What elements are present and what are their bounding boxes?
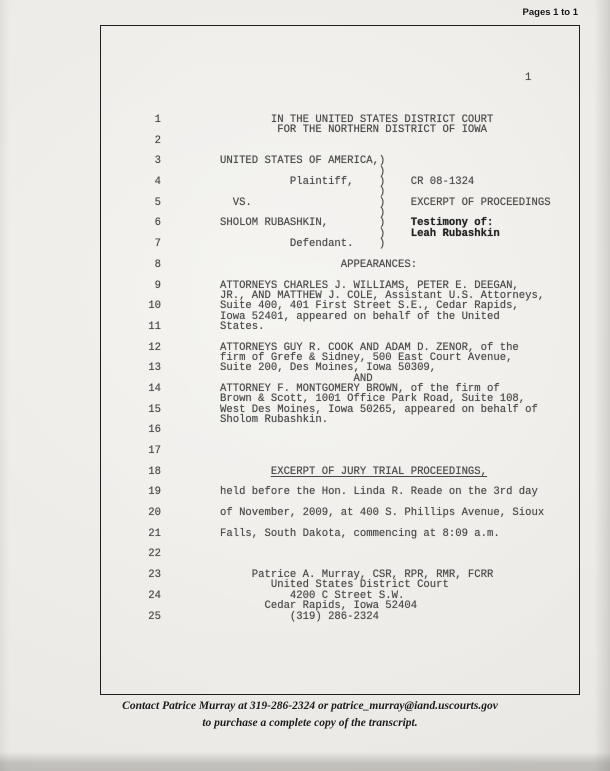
line-number: 21 — [121, 529, 161, 539]
transcript-row: FOR THE NORTHERN DISTRICT OF IOWA — [220, 125, 551, 135]
transcript-row: 7 Defendant. ) — [220, 239, 551, 249]
line-number: 3 — [121, 156, 161, 166]
line-number: 5 — [121, 198, 161, 208]
line-number: 11 — [121, 322, 161, 332]
transcript-row: 25 (319) 286-2324 — [220, 612, 551, 622]
transcript-text: FOR THE NORTHERN DISTRICT OF IOWA — [220, 124, 487, 136]
line-number: 12 — [121, 343, 161, 353]
transcript-row: 8 APPEARANCES: — [220, 260, 551, 270]
transcript-row: 2 — [220, 136, 551, 146]
transcript-text: States. — [220, 321, 265, 333]
transcript-text: (319) 286-2324 — [220, 611, 379, 623]
line-number: 18 — [121, 467, 161, 477]
line-number: 23 — [121, 570, 161, 580]
purchase-notice-line2: to purchase a complete copy of the trans… — [45, 715, 575, 732]
transcript-text: Defendant. ) — [220, 238, 385, 250]
transcript-row: 11States. — [220, 322, 551, 332]
pages-range-label: Pages 1 to 1 — [398, 7, 578, 19]
line-number: 1 — [121, 115, 161, 125]
transcript-text-underlined: EXCERPT OF JURY TRIAL PROCEEDINGS, — [271, 466, 487, 478]
line-number: 8 — [121, 260, 161, 270]
line-number: 4 — [121, 177, 161, 187]
transcript-row: 18 EXCERPT OF JURY TRIAL PROCEEDINGS, — [220, 467, 551, 477]
line-number: 20 — [121, 508, 161, 518]
transcript-row: Iowa 52401, appeared on behalf of the Un… — [220, 312, 551, 322]
transcript-text: APPEARANCES: — [220, 259, 417, 271]
line-number: 22 — [121, 549, 161, 559]
line-number: 2 — [121, 136, 161, 146]
transcript-text: held before the Hon. Linda R. Reade on t… — [220, 486, 538, 498]
transcript-body: 1 IN THE UNITED STATES DISTRICT COURT FO… — [220, 115, 551, 632]
purchase-notice-line1: Contact Patrice Murray at 319-286-2324 o… — [45, 698, 575, 715]
transcript-text-bold: Leah Rubashkin — [411, 228, 500, 240]
transcript-text — [220, 466, 271, 478]
transcript-row — [220, 622, 551, 632]
transcript-text: Falls, South Dakota, commencing at 8:09 … — [220, 528, 500, 540]
line-number: 24 — [121, 591, 161, 601]
transcript-row: Sholom Rubashkin. — [220, 415, 551, 425]
transcript-row: 21Falls, South Dakota, commencing at 8:0… — [220, 529, 551, 539]
transcript-row: 16 — [220, 425, 551, 435]
line-number: 6 — [121, 218, 161, 228]
line-number: 19 — [121, 487, 161, 497]
transcript-row — [220, 436, 551, 446]
transcript-page: 1 1 IN THE UNITED STATES DISTRICT COURT … — [100, 25, 580, 695]
line-number: 10 — [121, 301, 161, 311]
line-number: 13 — [121, 363, 161, 373]
line-number: 15 — [121, 405, 161, 415]
transcript-text: of November, 2009, at 400 S. Phillips Av… — [220, 507, 544, 519]
transcript-row: 20of November, 2009, at 400 S. Phillips … — [220, 508, 551, 518]
line-number: 16 — [121, 425, 161, 435]
transcript-row: 17 — [220, 446, 551, 456]
scanned-transcript-document: Pages 1 to 1 1 1 IN THE UNITED STATES DI… — [0, 0, 610, 771]
transcript-text: Sholom Rubashkin. — [220, 414, 328, 426]
line-number: 14 — [121, 384, 161, 394]
transcript-row: 22 — [220, 549, 551, 559]
transcript-row — [220, 539, 551, 549]
line-number: 9 — [121, 281, 161, 291]
transcript-page-number: 1 — [525, 72, 531, 84]
line-number: 25 — [121, 612, 161, 622]
purchase-notice: Contact Patrice Murray at 319-286-2324 o… — [45, 698, 575, 731]
line-number: 7 — [121, 239, 161, 249]
line-number: 17 — [121, 446, 161, 456]
transcript-row: 19held before the Hon. Linda R. Reade on… — [220, 487, 551, 497]
